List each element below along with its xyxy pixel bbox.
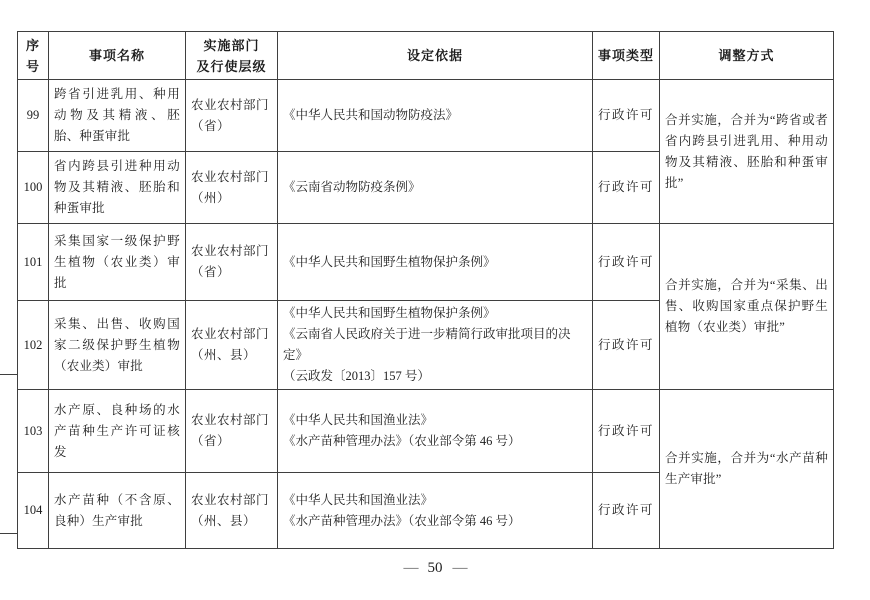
basis-cell: 《中华人民共和国渔业法》 《水产苗种管理办法》（农业部令第 46 号） [278, 390, 593, 473]
column-header-item-type: 事项类型 [593, 32, 660, 80]
footer-dash-left: — [404, 560, 418, 576]
basis-cell: 《中华人民共和国野生植物保护条例》 [278, 224, 593, 301]
column-header-item-name: 事项名称 [49, 32, 186, 80]
item-name-cell: 采集国家一级保护野生植物（农业类）审批 [49, 224, 186, 301]
column-header-dept-level: 实施部门 及行使层级 [186, 32, 278, 80]
dept-cell: 农业农村部门 （省） [186, 224, 278, 301]
item-type-cell: 行政许可 [593, 152, 660, 224]
ruled-line-artifact [0, 533, 18, 534]
item-type-cell: 行政许可 [593, 390, 660, 473]
seq-cell: 101 [18, 224, 49, 301]
basis-cell: 《中华人民共和国渔业法》 《水产苗种管理办法》（农业部令第 46 号） [278, 473, 593, 549]
column-header-basis: 设定依据 [278, 32, 593, 80]
dept-cell: 农业农村部门 （州） [186, 152, 278, 224]
item-name-cell: 采集、出售、收购国家二级保护野生植物（农业类）审批 [49, 301, 186, 390]
column-header-adjustment: 调整方式 [660, 32, 834, 80]
seq-cell: 102 [18, 301, 49, 390]
table-header-row: 序 号 事项名称 实施部门 及行使层级 设定依据 事项类型 调整方式 [18, 32, 834, 80]
adjustment-cell: 合并实施，合并为“水产苗种生产审批” [660, 390, 834, 549]
dept-cell: 农业农村部门 （州、县） [186, 301, 278, 390]
adjustment-cell: 合并实施，合并为“跨省或者省内跨县引进乳用、种用动物及其精液、胚胎和种蛋审批” [660, 80, 834, 224]
item-type-cell: 行政许可 [593, 473, 660, 549]
footer-dash-right: — [453, 560, 467, 576]
dept-cell: 农业农村部门 （省） [186, 80, 278, 152]
item-name-cell: 水产苗种（不含原、良种）生产审批 [49, 473, 186, 549]
page-number: 50 [428, 560, 443, 576]
dept-cell: 农业农村部门 （省） [186, 390, 278, 473]
table-row-101: 101 采集国家一级保护野生植物（农业类）审批 农业农村部门 （省） 《中华人民… [18, 224, 834, 301]
seq-cell: 99 [18, 80, 49, 152]
table-row-103: 103 水产原、良种场的水产苗种生产许可证核发 农业农村部门 （省） 《中华人民… [18, 390, 834, 473]
item-name-cell: 跨省引进乳用、种用动物及其精液、胚胎、种蛋审批 [49, 80, 186, 152]
seq-cell: 104 [18, 473, 49, 549]
approval-items-table: 序 号 事项名称 实施部门 及行使层级 设定依据 事项类型 调整方式 99 跨省… [17, 31, 834, 549]
page-footer: —50— [0, 560, 870, 577]
adjustment-cell: 合并实施，合并为“采集、出售、收购国家重点保护野生植物（农业类）审批” [660, 224, 834, 390]
basis-cell: 《中华人民共和国野生植物保护条例》 《云南省人民政府关于进一步精简行政审批项目的… [278, 301, 593, 390]
column-header-seq: 序 号 [18, 32, 49, 80]
table-row-99: 99 跨省引进乳用、种用动物及其精液、胚胎、种蛋审批 农业农村部门 （省） 《中… [18, 80, 834, 152]
basis-cell: 《中华人民共和国动物防疫法》 [278, 80, 593, 152]
dept-cell: 农业农村部门 （州、县） [186, 473, 278, 549]
seq-cell: 100 [18, 152, 49, 224]
document-page: 序 号 事项名称 实施部门 及行使层级 设定依据 事项类型 调整方式 99 跨省… [0, 0, 870, 600]
item-type-cell: 行政许可 [593, 224, 660, 301]
item-name-cell: 水产原、良种场的水产苗种生产许可证核发 [49, 390, 186, 473]
item-type-cell: 行政许可 [593, 301, 660, 390]
basis-cell: 《云南省动物防疫条例》 [278, 152, 593, 224]
item-name-cell: 省内跨县引进种用动物及其精液、胚胎和种蛋审批 [49, 152, 186, 224]
ruled-line-artifact [0, 374, 18, 375]
seq-cell: 103 [18, 390, 49, 473]
item-type-cell: 行政许可 [593, 80, 660, 152]
